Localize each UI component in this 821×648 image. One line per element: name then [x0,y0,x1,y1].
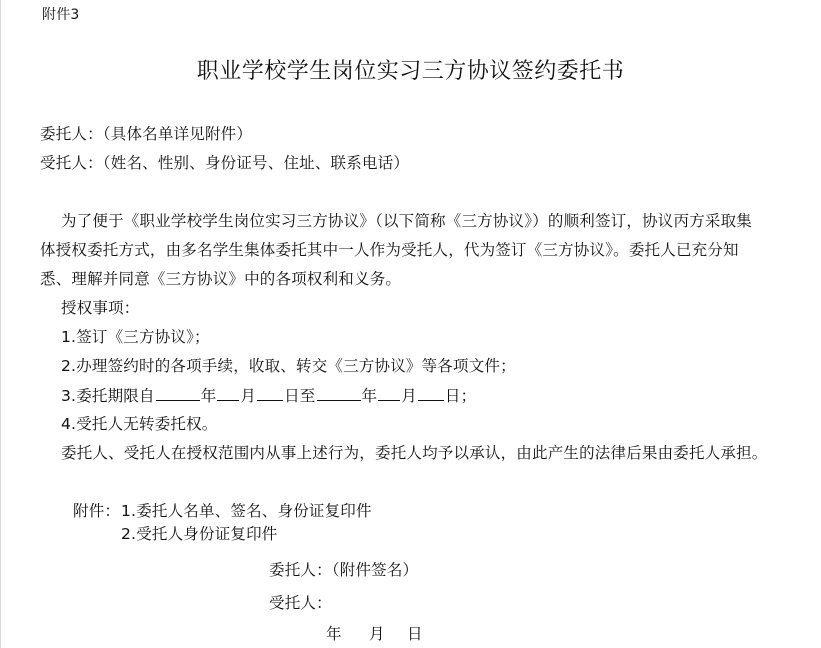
date-day: 日 [407,624,423,644]
term-prefix: 3.委托期限自 [61,387,155,405]
matters-heading: 授权事项： [61,298,140,318]
term-day-end: 日； [445,387,476,405]
end-month-blank[interactable] [378,385,400,401]
start-day-blank[interactable] [257,385,283,401]
matter-item-3: 3.委托期限自年月日至年月日； [61,385,476,406]
matter-item-1: 1.签订《三方协议》； [61,327,210,347]
date-year: 年 [326,624,369,644]
date-month: 月 [369,624,407,644]
principal-line: 委托人：（具体名单详见附件） [40,124,252,144]
signature-date: 年月日 [326,624,423,644]
term-year-2: 年 [362,387,378,405]
attachment-item-2: 2.受托人身份证复印件 [121,524,278,544]
start-month-blank[interactable] [217,385,239,401]
paragraph-line-1: 为了便于《职业学校学生岗位实习三方协议》（以下简称《三方协议》）的顺利签订，协议… [61,211,752,231]
start-year-blank[interactable] [156,385,200,401]
matter-item-2: 2.办理签约时的各项手续，收取、转交《三方协议》等各项文件； [61,356,516,376]
document-page: 附件3 职业学校学生岗位实习三方协议签约委托书 委托人：（具体名单详见附件） 受… [0,0,821,648]
signature-agent: 受托人： [269,593,332,613]
attachments-label: 附件： [73,501,120,521]
attachment-number-label: 附件3 [42,5,80,25]
agent-line: 受托人：（姓名、性别、身份证号、住址、联系电话） [40,153,409,173]
end-year-blank[interactable] [317,385,361,401]
matter-item-4: 4.受托人无转委托权。 [61,414,218,434]
signature-principal: 委托人：（附件签名） [269,560,418,580]
term-month-2: 月 [401,387,417,405]
paragraph-line-3: 悉、理解并同意《三方协议》中的各项权利和义务。 [40,269,401,289]
attachment-item-1: 1.委托人名单、签名、身份证复印件 [121,501,372,521]
document-title: 职业学校学生岗位实习三方协议签约委托书 [0,58,821,86]
term-day-to: 日至 [284,387,315,405]
closing-statement: 委托人、受托人在授权范围内从事上述行为，委托人均予以承认，由此产生的法律后果由委… [61,443,768,463]
page-border [0,0,1,648]
paragraph-line-2: 体授权委托方式，由多名学生集体委托其中一人作为受托人，代为签订《三方协议》。委托… [40,240,739,260]
term-month-1: 月 [240,387,256,405]
term-year-1: 年 [201,387,217,405]
end-day-blank[interactable] [418,385,444,401]
